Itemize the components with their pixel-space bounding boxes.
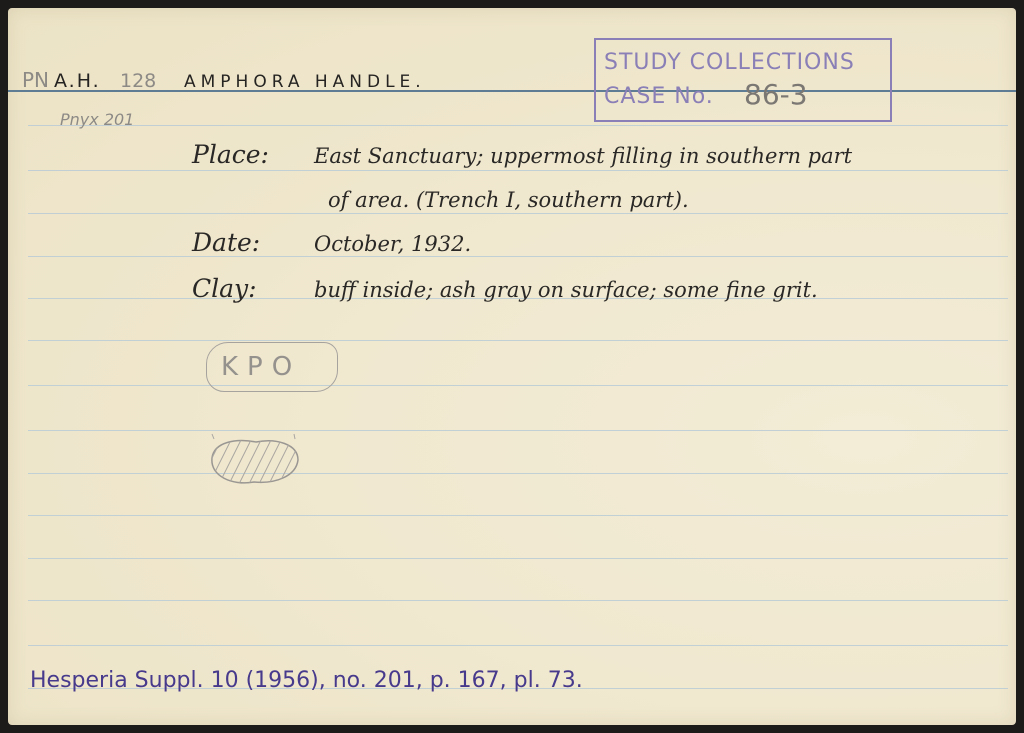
ruled-line [28,430,1008,431]
ruled-line [28,125,1008,126]
field-value-place-line2: of area. (Trench I, southern part). [328,188,689,212]
study-collections-stamp: STUDY COLLECTIONS CASE No. 86-3 [594,38,892,122]
site-reference: Pnyx 201 [60,110,134,129]
publication-citation: Hesperia Suppl. 10 (1956), no. 201, p. 1… [30,668,583,693]
kpo-stamp-sketch: KPO [206,342,338,392]
field-value-place-line1: East Sanctuary; uppermost filling in sou… [314,144,852,168]
ruled-line [28,645,1008,646]
hatched-section-icon [206,430,302,490]
ruled-line [28,385,1008,386]
ruled-line [28,515,1008,516]
stamp-line-1: STUDY COLLECTIONS [604,50,855,75]
ruled-line [28,473,1008,474]
ruled-line [28,170,1008,171]
field-label-clay: Clay: [192,274,257,303]
case-number: 86-3 [744,78,808,111]
field-label-date: Date: [192,228,260,257]
stamp-line-2: CASE No. [604,84,714,109]
ruled-line [28,340,1008,341]
ruled-line [28,558,1008,559]
ruled-line [28,256,1008,257]
ruled-line [28,213,1008,214]
inventory-prefix: PN [22,68,49,92]
card-title: AMPHORA HANDLE. [184,72,426,92]
inventory-number: A.H. [54,70,101,92]
kpo-text: KPO [221,352,301,382]
field-value-clay: buff inside; ash gray on surface; some f… [314,278,818,302]
inventory-suffix: 128 [120,70,156,92]
catalog-card: PN A.H. 128 AMPHORA HANDLE. Pnyx 201 STU… [8,8,1016,725]
field-label-place: Place: [192,140,269,169]
ruled-line [28,600,1008,601]
field-value-date: October, 1932. [314,232,471,256]
